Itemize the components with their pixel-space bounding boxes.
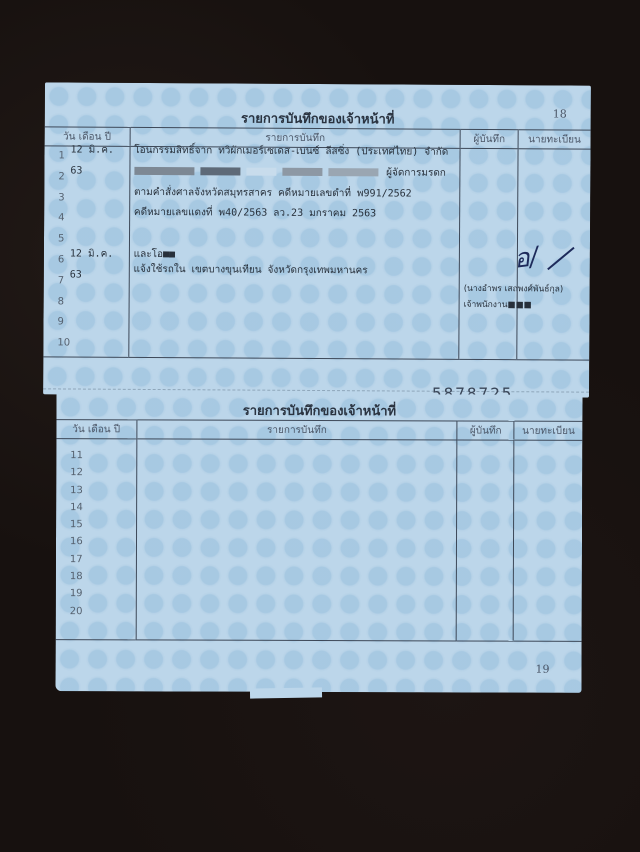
col-record: รายการบันทึก: [136, 420, 457, 440]
page-tab: [250, 687, 322, 698]
row-number: 17: [56, 551, 136, 569]
row-number: 20: [56, 603, 136, 621]
officer-title: เจ้าพนักงาน■■■: [464, 297, 532, 311]
redaction: [200, 167, 240, 175]
signature: อ/: [511, 236, 541, 280]
records-table: วัน เดือน ปี รายการบันทึก ผู้บันทึก นายท…: [56, 419, 583, 641]
record-entries: โอนกรรมสิทธิ์จาก ทวิผักเมอร์เซเดส-เบนซ์ …: [129, 146, 461, 358]
row-number: 8: [44, 292, 129, 313]
row-numbers: 112 มิ.ค. 63 2 3 4 5 612 มิ.ค. 63 7 8 9 …: [43, 146, 130, 357]
row-number: 11: [56, 447, 136, 465]
row-number: 15: [56, 516, 136, 534]
registration-page-19: รายการบันทึกของเจ้าหน้าที่ วัน เดือน ปี …: [55, 393, 582, 693]
redaction: [246, 167, 276, 175]
records-table: วัน เดือน ปี รายการบันทึก ผู้บันทึก นายท…: [43, 126, 590, 360]
col-recorder: ผู้บันทึก: [457, 421, 514, 440]
row-number: 19: [56, 585, 136, 603]
row-number: 13: [56, 482, 136, 500]
entry-line: แจ้งใช้รถใน เขตบางขุนเทียน จังหวัดกรุงเท…: [129, 260, 459, 283]
row-number: 16: [56, 534, 136, 552]
row-numbers: 11 12 13 14 15 16 17 18 19 20: [56, 439, 137, 639]
row-number: 18: [56, 568, 136, 586]
registration-page-18: รายการบันทึกของเจ้าหน้าที่ 18 วัน เดือน …: [43, 82, 591, 397]
officer-name: (นางอำพร เสถพงศ์พันธ์กุล): [464, 281, 564, 296]
entry-line: โอนกรรมสิทธิ์จาก ทวิผักเมอร์เซเดส-เบนซ์ …: [130, 141, 460, 164]
row-number: 12: [56, 464, 136, 482]
col-date: วัน เดือน ปี: [56, 420, 136, 439]
row-number: 3: [44, 188, 129, 209]
row-number: 4: [44, 209, 129, 230]
row-number: 10: [43, 334, 128, 355]
page-number: 19: [536, 663, 550, 676]
entry-line-redacted: ผู้จัดการมรดก: [130, 162, 460, 185]
redaction: [134, 167, 194, 175]
row-number: 2: [44, 167, 129, 188]
col-registrar: นายทะเบียน: [518, 130, 591, 149]
redaction: [328, 168, 378, 176]
redaction: [282, 168, 322, 176]
page-number: 18: [553, 107, 567, 120]
record-entries: [136, 439, 458, 640]
row-number: 612 มิ.ค. 63: [44, 250, 129, 271]
entry-line: คดีหมายเลขแดงที่ พ40/2563 ลว.23 มกราคม 2…: [130, 203, 460, 226]
row-number: 14: [56, 499, 136, 517]
col-registrar: นายทะเบียน: [514, 421, 582, 440]
row-number: 112 มิ.ค. 63: [44, 146, 129, 167]
entry-line: ตามคำสั่งศาลจังหวัดสมุทรสาคร คดีหมายเลขด…: [130, 182, 460, 205]
entry-line: [130, 224, 460, 247]
registrar-cell: [513, 440, 582, 640]
recorder-cell: [457, 440, 514, 640]
col-recorder: ผู้บันทึก: [461, 129, 518, 148]
row-number: 9: [43, 313, 128, 334]
estate-manager-text: ผู้จัดการมรดก: [386, 163, 446, 184]
row-number: 7: [44, 271, 129, 292]
recorder-cell: [459, 148, 518, 358]
